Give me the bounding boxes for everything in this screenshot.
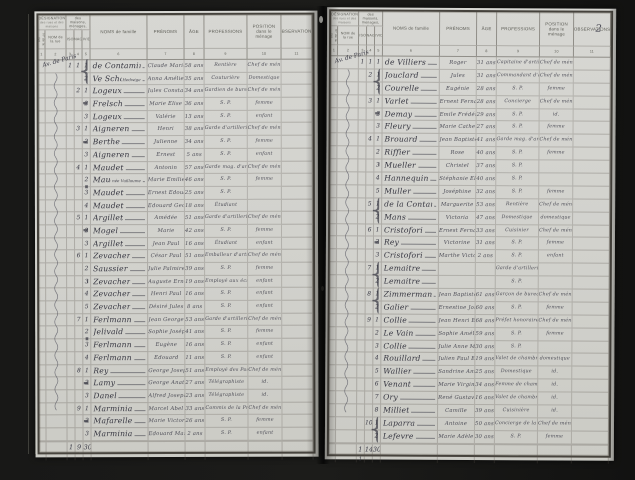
name-flourish	[412, 154, 436, 155]
maison-cell	[68, 428, 76, 441]
position-cell: femme	[539, 302, 573, 315]
header-individus: INDIVIDUS	[82, 30, 90, 49]
surname: Logeux	[93, 86, 122, 99]
position-cell: enfant	[248, 110, 282, 123]
name-cell: Cristofori	[382, 250, 439, 263]
observations-cell	[573, 315, 610, 328]
age-cell: 39 ans	[475, 405, 495, 418]
observations-cell	[282, 85, 313, 98]
header-age: ÂGE	[184, 15, 204, 49]
street-no-cell	[331, 121, 338, 134]
name-cell: Logeux	[91, 111, 148, 124]
age-cell: 5 ans	[185, 149, 205, 162]
surname: Argillet	[93, 212, 123, 225]
prenoms-cell: Julien Paul Ernest	[438, 353, 475, 366]
observations-cell	[282, 98, 313, 111]
name-flourish	[420, 141, 437, 142]
age-cell: 50 ans	[475, 418, 495, 431]
street-no-cell	[39, 378, 46, 391]
maison-cell: 1	[359, 56, 367, 69]
profession-cell: S. P.	[205, 225, 248, 238]
street-no-cell	[331, 56, 338, 69]
profession-cell: Valet de chambre	[495, 354, 538, 367]
observations-cell	[573, 277, 610, 290]
age-cell: 51 ans	[185, 250, 205, 263]
position-cell: id.	[540, 109, 574, 122]
observations-cell	[282, 415, 313, 428]
name-flourish	[413, 128, 437, 129]
position-cell: enfant	[249, 428, 283, 441]
name-flourish	[122, 143, 145, 144]
household-brace: {	[369, 197, 379, 223]
profession-cell: Cuisinière	[495, 405, 538, 418]
census-table: DÉSIGNATION des rues et des maisons N° d…	[36, 13, 315, 455]
observations-cell	[573, 148, 610, 161]
name-cell: Aigneren	[91, 149, 148, 162]
extra-total-value: 1	[357, 456, 365, 462]
prenoms-cell: Julie Palmire	[148, 263, 185, 276]
position-cell: femme	[248, 263, 282, 276]
household-brace: {	[369, 133, 379, 198]
name-flourish	[400, 399, 435, 400]
observations-cell	[282, 237, 313, 250]
profession-cell: S. P.	[496, 238, 539, 251]
profession-cell: S. P.	[496, 147, 539, 160]
header-maisons: MAISONS	[359, 26, 367, 45]
header-position: POSITION dans le ménage	[247, 15, 281, 49]
page-number: 2	[595, 24, 602, 35]
profession-cell: Employé des Postes	[205, 364, 248, 377]
maison-cell	[359, 108, 367, 121]
position-cell: enfant	[248, 149, 282, 162]
prenoms-cell: Antoine	[438, 418, 475, 431]
surname: Collie	[383, 340, 406, 353]
surname: Aigneren	[93, 149, 130, 162]
observations-cell	[282, 225, 313, 238]
observations-cell	[282, 174, 313, 187]
name-flourish	[130, 270, 145, 271]
maison-cell	[67, 339, 75, 352]
age-cell: 42 ans	[185, 225, 205, 238]
maison-cell	[357, 340, 365, 353]
prenoms-cell: Jules	[440, 70, 477, 83]
name-flourish	[412, 412, 436, 413]
ditto-squiggle-path	[54, 73, 58, 410]
surname: Mueller	[384, 160, 416, 173]
header-prenoms: PRÉNOMS	[147, 15, 184, 49]
street-no-cell	[39, 86, 46, 99]
observations-cell	[574, 58, 611, 71]
name-flourish	[110, 372, 145, 373]
name-cell: Zevacher	[91, 250, 148, 263]
prenoms-cell: Julie Anne Marguerite	[438, 340, 475, 353]
name-flourish	[414, 115, 436, 116]
observations-cell	[573, 174, 610, 187]
street-no-cell	[330, 134, 337, 147]
position-cell: Domestique	[248, 72, 282, 85]
position-cell: Chef de ménage	[540, 96, 574, 109]
name-flourish	[133, 295, 146, 296]
name-flourish	[134, 321, 145, 322]
surname: Ory	[383, 392, 398, 405]
name-cell: Argillet	[91, 238, 148, 251]
surname: Ferlmann	[93, 339, 132, 352]
position-cell: id.	[538, 367, 572, 380]
maison-cell	[67, 238, 75, 251]
name-cell: Rey	[91, 365, 148, 378]
street-no-cell	[39, 403, 46, 416]
prenoms-cell: Anna Amélie	[148, 73, 185, 86]
col-number: 6	[383, 46, 440, 56]
observations-cell	[574, 109, 611, 122]
age-cell: 40 ans	[476, 173, 496, 186]
header-street-no: N° de la rue	[38, 30, 45, 49]
maison-cell	[357, 430, 365, 443]
maison-cell	[358, 237, 366, 250]
street-no-cell	[39, 136, 46, 149]
position-cell: Chef de ménage	[540, 57, 574, 70]
header-maisons: MAISONS	[66, 30, 74, 49]
surname: Jouclard	[385, 69, 419, 82]
name-cell: Collie	[382, 314, 439, 327]
census-table: DÉSIGNATION des rues et des maisons N° d…	[327, 9, 613, 457]
age-cell: 11 ans	[185, 352, 205, 365]
position-cell: Chef de ménage	[248, 123, 282, 136]
street-no-cell	[329, 379, 336, 392]
position-cell	[248, 187, 282, 200]
position-cell: femme	[540, 83, 574, 96]
prenoms-cell: Jean Baptiste Emile	[439, 134, 476, 147]
prenoms-cell: Sophie Amélie Adèle	[438, 328, 475, 341]
name-flourish	[414, 373, 436, 374]
street-no-cell	[330, 185, 337, 198]
prenoms-cell: Edouard Marcel	[149, 428, 186, 441]
age-cell: 40 ans	[476, 147, 496, 160]
header-age: ÂGE	[477, 12, 497, 46]
household-brace: {	[370, 94, 380, 133]
name-cell: Maudetnée Vuillaume	[91, 174, 148, 187]
street-no-cell	[329, 366, 336, 379]
age-cell: 16 ans	[185, 339, 205, 352]
position-cell	[539, 160, 573, 173]
profession-cell: Garde d'artillerie	[205, 123, 248, 136]
observations-cell	[573, 251, 610, 264]
observations-cell	[574, 96, 611, 109]
maison-cell	[358, 276, 366, 289]
name-cell: Muller	[382, 185, 439, 198]
observations-cell	[282, 263, 313, 276]
surname: Mans	[384, 211, 406, 224]
observations-cell	[282, 123, 313, 136]
age-cell: 57 ans	[185, 161, 205, 174]
profession-cell: S. P.	[205, 111, 248, 124]
surname: Jelivald	[93, 327, 123, 340]
ditto-squiggle	[52, 73, 61, 410]
surname: Courelle	[385, 82, 419, 95]
name-cell: Marminia	[92, 428, 149, 441]
profession-cell: Couturière	[205, 73, 248, 86]
maison-cell	[67, 301, 75, 314]
observations-cell	[282, 339, 313, 352]
name-cell: Ve SchaffeneckerHedwige	[91, 73, 148, 86]
maison-cell	[67, 200, 75, 213]
street-no-cell	[39, 225, 46, 238]
name-flourish	[134, 346, 145, 347]
name-flourish	[431, 180, 437, 181]
observations-cell	[572, 341, 609, 354]
name-flourish	[411, 102, 437, 103]
observations-cell	[572, 354, 609, 367]
profession-cell: Gardien de bureaux	[205, 85, 248, 98]
position-cell: enfant	[539, 251, 573, 264]
age-cell: 16 ans	[185, 238, 205, 251]
age-cell: 31 ans	[477, 70, 497, 83]
surname: Zevacher	[93, 301, 131, 314]
name-flourish	[409, 347, 436, 348]
header-prenoms: PRÉNOMS	[440, 12, 477, 46]
name-cell: Aigneren	[91, 124, 148, 137]
observations-cell	[282, 148, 313, 161]
prenoms-cell: Emile Frédéric	[440, 108, 477, 121]
age-cell: 32 ans	[476, 186, 496, 199]
profession-cell: Commandant d'artillerie	[497, 70, 540, 83]
total-menages: 9	[76, 442, 84, 453]
observations-cell	[572, 328, 609, 341]
position-cell: Chef de ménage	[540, 70, 574, 83]
age-cell: 19 ans	[475, 354, 495, 367]
prenoms-cell: Ernest Fernand	[439, 224, 476, 237]
name-cell: Mogel	[91, 225, 148, 238]
header-street-name: NOM de la rue	[45, 30, 66, 49]
name-flourish	[425, 231, 436, 232]
observations-cell	[573, 212, 610, 225]
profession-cell: Domestique	[496, 212, 539, 225]
name-flourish	[434, 296, 436, 297]
surname: Maudet	[93, 162, 124, 175]
age-cell: 30 ans	[475, 431, 495, 444]
street-no-cell	[39, 339, 46, 352]
maison-cell	[67, 213, 75, 226]
name-cell: Zevacher	[91, 276, 148, 289]
age-cell: 8 ans	[185, 301, 205, 314]
position-cell	[539, 276, 573, 289]
observations-cell	[282, 161, 313, 174]
observations-cell	[572, 380, 609, 393]
age-cell: 25 ans	[475, 366, 495, 379]
prenoms-cell: Antonin	[148, 161, 185, 174]
surname: Maudet	[93, 187, 124, 200]
street-no-cell	[330, 288, 337, 301]
street-no-cell	[329, 353, 336, 366]
prenoms-cell: Jean Baptiste	[439, 289, 476, 302]
maison-cell	[67, 174, 75, 187]
name-flourish	[143, 67, 145, 68]
name-flourish	[413, 386, 435, 387]
prenoms-cell: Marie Catherine	[440, 121, 477, 134]
street-no-cell	[330, 250, 337, 263]
surname: Frelsch	[93, 98, 123, 111]
name-cell: Ory	[381, 392, 438, 405]
name-cell: de la Contamine	[382, 198, 439, 211]
name-flourish	[135, 435, 146, 436]
position-cell: femme	[248, 98, 282, 111]
name-flourish	[126, 194, 145, 195]
header-noms: NOMS de famille	[383, 12, 440, 46]
prenoms-cell: Marie Virginie Julie	[438, 379, 475, 392]
surname: Fleury	[385, 121, 411, 134]
household-brace: {	[369, 223, 379, 262]
maison-cell	[357, 417, 365, 430]
prenoms-cell: Rose	[439, 147, 476, 160]
street-no-cell	[330, 237, 337, 250]
street-no-cell	[330, 198, 337, 211]
household-brace: {	[369, 288, 379, 314]
maison-cell	[358, 250, 366, 263]
header-numeros: NUMÉROS des maisons, ménages, individus	[359, 11, 383, 26]
header-designation-sub: des rues et des maisons	[332, 16, 357, 24]
age-cell: 41 ans	[476, 134, 496, 147]
position-cell: femme	[539, 186, 573, 199]
street-no-cell	[39, 352, 46, 365]
age-cell: 27 ans	[477, 121, 497, 134]
maison-cell	[358, 301, 366, 314]
profession-cell: Préfet honoraire	[496, 315, 539, 328]
surname: Zevacher	[93, 250, 131, 263]
prenoms-cell: Camille	[438, 405, 475, 418]
street-no-cell	[39, 162, 46, 175]
name-flourish	[132, 156, 145, 157]
street-no-cell	[39, 301, 46, 314]
name-flourish	[422, 270, 436, 271]
profession-cell: Concierge	[497, 96, 540, 109]
age-cell: 26 ans	[185, 415, 205, 428]
age-cell: 60 ans	[476, 302, 496, 315]
observations-cell	[282, 72, 313, 85]
maison-cell	[358, 185, 366, 198]
surname: de Villiers	[385, 57, 426, 70]
observations-cell	[573, 290, 610, 303]
age-cell: 28 ans	[477, 83, 497, 96]
street-name-cell	[46, 416, 67, 429]
name-cell: Marminia	[91, 403, 148, 416]
prenoms-cell: Julienne	[148, 136, 185, 149]
position-cell: femme	[248, 415, 282, 428]
prenoms-cell: Edouard	[148, 352, 185, 365]
surname: Venant	[383, 379, 411, 392]
surname: Mafarelle	[93, 415, 132, 428]
prenoms-cell: Marthe Victorine Eugénie	[439, 250, 476, 263]
position-cell: Chef de ménage	[538, 418, 572, 431]
maison-cell	[357, 404, 365, 417]
age-cell: 18 ans	[185, 199, 205, 212]
surname: Cristofori	[384, 250, 423, 263]
position-cell: Chef de ménage	[248, 364, 282, 377]
age-cell: 37 ans	[476, 160, 496, 173]
surname: Marminia	[94, 428, 133, 441]
maison-cell	[67, 314, 75, 327]
position-cell: enfant	[248, 339, 282, 352]
street-no-cell	[330, 275, 337, 288]
profession-cell: S. P.	[205, 301, 248, 314]
position-cell: id.	[248, 390, 282, 403]
position-cell: Chef de ménage	[539, 225, 573, 238]
street-no-cell	[330, 314, 337, 327]
street-no-cell	[330, 224, 337, 237]
name-flourish	[133, 257, 146, 258]
right-page: DÉSIGNATION des rues et des maisons N° d…	[325, 7, 616, 461]
profession-cell: S. P.	[495, 328, 538, 341]
maison-cell	[359, 82, 367, 95]
profession-cell: Rentière	[496, 199, 539, 212]
prenoms-cell: Ernest Edouard	[148, 187, 185, 200]
profession-cell: S. P.	[205, 415, 248, 428]
street-no-cell	[39, 149, 46, 162]
surname: Lamy	[93, 377, 115, 390]
surname: Maudet	[93, 174, 111, 187]
prenoms-cell: Henri Paul	[148, 288, 185, 301]
age-cell: 53 ans	[476, 199, 496, 212]
name-cell: Danel	[91, 390, 148, 403]
maison-cell: 1	[67, 60, 75, 73]
age-cell: 30 ans	[475, 341, 495, 354]
age-cell: 53 ans	[185, 314, 205, 327]
profession-cell: Rentière	[205, 60, 248, 73]
profession-cell: S. P.	[497, 83, 540, 96]
total-maisons: 1	[357, 444, 365, 455]
profession-cell: S. P.	[496, 302, 539, 315]
prenoms-cell: Auguste Ernest	[148, 276, 185, 289]
surname: Saussier	[93, 263, 128, 276]
profession-cell: S. P.	[495, 341, 538, 354]
profession-cell: S. P.	[495, 431, 538, 444]
prenoms-cell: César Paul	[148, 250, 185, 263]
maison-cell	[358, 288, 366, 301]
name-cell: Hannequin	[382, 173, 439, 186]
name-flourish	[124, 118, 145, 119]
profession-cell: S. P.	[496, 173, 539, 186]
street-no-cell	[39, 289, 46, 302]
profession-cell: Télégraphiste	[205, 390, 248, 403]
street-name-cell	[336, 430, 357, 443]
maison-cell	[67, 390, 75, 403]
prenoms-cell: Christel	[439, 160, 476, 173]
col-number: 9	[497, 46, 540, 56]
maison-cell	[67, 225, 75, 238]
name-cell: Ferlmann	[91, 314, 148, 327]
age-cell: 34 ans	[185, 85, 205, 98]
name-flourish	[125, 245, 145, 246]
profession-cell: S. P.	[205, 149, 248, 162]
observations-cell	[572, 367, 609, 380]
observations-cell	[573, 135, 610, 148]
surname: Laparra	[383, 417, 415, 430]
name-flourish	[421, 77, 437, 78]
position-cell	[539, 173, 573, 186]
surname: Varlet	[385, 95, 409, 108]
name-cell: Wallier	[381, 366, 438, 379]
prenoms-cell: Marie Victorine	[148, 415, 185, 428]
street-no-cell	[39, 187, 46, 200]
household-brace: {	[368, 313, 379, 416]
maison-cell	[358, 314, 366, 327]
position-cell: id.	[538, 405, 572, 418]
position-cell: id.	[248, 377, 282, 390]
header-designation-sub: des rues et des maisons	[39, 20, 64, 28]
name-flourish	[421, 90, 437, 91]
age-cell: 46 ans	[185, 174, 205, 187]
name-flourish	[422, 283, 436, 284]
prenoms-cell: Eugène	[148, 339, 185, 352]
